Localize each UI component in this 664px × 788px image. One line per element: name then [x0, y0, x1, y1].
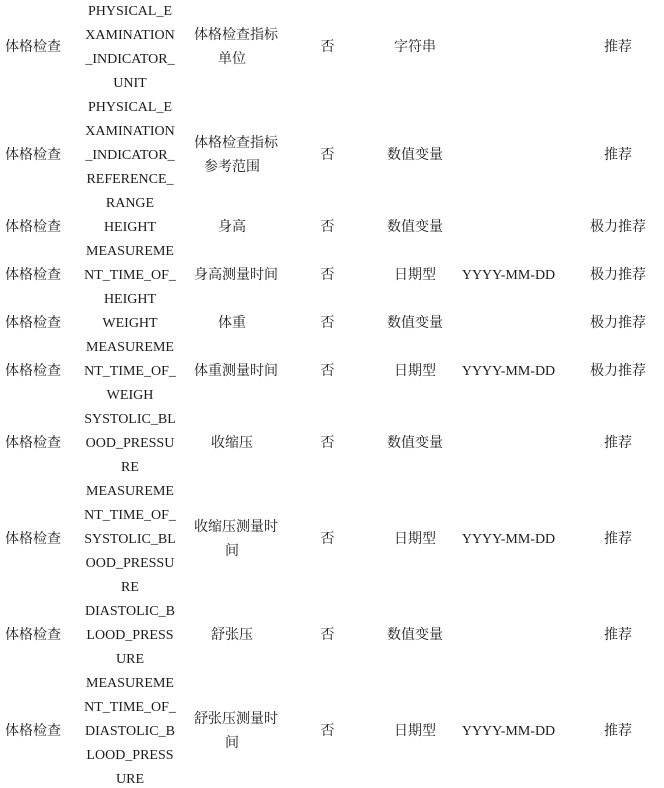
field-definition-table: 体格检查 PHYSICAL_E XAMINATION _INDICATOR_ U… [0, 0, 664, 788]
cell-category: 体格检查 [0, 600, 66, 672]
table-row: 体格检查 HEIGHT 身高 否 数值变量 极力推荐 [0, 216, 664, 240]
cell-description: 舒张压 [194, 600, 270, 672]
cell-field-name: HEIGHT [66, 216, 194, 240]
cell-type: 字符串 [385, 0, 445, 96]
cell-required: 否 [270, 96, 385, 216]
cell-required: 否 [270, 480, 385, 600]
table-row: 体格检查 MEASUREME NT_TIME_OF_ HEIGHT 身高测量时间… [0, 240, 664, 312]
cell-category: 体格检查 [0, 672, 66, 788]
cell-category: 体格检查 [0, 312, 66, 336]
table-row: 体格检查 MEASUREME NT_TIME_OF_ WEIGH 体重测量时间 … [0, 336, 664, 408]
cell-required: 否 [270, 312, 385, 336]
cell-required: 否 [270, 216, 385, 240]
cell-field-name: MEASUREME NT_TIME_OF_ SYSTOLIC_BL OOD_PR… [66, 480, 194, 600]
cell-description: 体格检查指标 参考范围 [194, 96, 270, 216]
cell-format [445, 96, 572, 216]
cell-type: 日期型 [385, 672, 445, 788]
table-row: 体格检查 MEASUREME NT_TIME_OF_ SYSTOLIC_BL O… [0, 480, 664, 600]
cell-format: YYYY-MM-DD [445, 480, 572, 600]
cell-required: 否 [270, 600, 385, 672]
cell-recommendation: 推荐 [572, 672, 664, 788]
cell-field-name: SYSTOLIC_BL OOD_PRESSU RE [66, 408, 194, 480]
cell-description: 舒张压测量时 间 [194, 672, 270, 788]
cell-type: 日期型 [385, 480, 445, 600]
cell-format: YYYY-MM-DD [445, 672, 572, 788]
cell-format [445, 0, 572, 96]
cell-category: 体格检查 [0, 96, 66, 216]
cell-category: 体格检查 [0, 408, 66, 480]
cell-description: 收缩压测量时 间 [194, 480, 270, 600]
cell-required: 否 [270, 672, 385, 788]
cell-type: 数值变量 [385, 408, 445, 480]
cell-category: 体格检查 [0, 336, 66, 408]
cell-category: 体格检查 [0, 240, 66, 312]
cell-recommendation: 极力推荐 [572, 240, 664, 312]
cell-recommendation: 推荐 [572, 0, 664, 96]
table-body: 体格检查 PHYSICAL_E XAMINATION _INDICATOR_ U… [0, 0, 664, 788]
cell-field-name: MEASUREME NT_TIME_OF_ WEIGH [66, 336, 194, 408]
cell-type: 数值变量 [385, 216, 445, 240]
cell-description: 收缩压 [194, 408, 270, 480]
cell-category: 体格检查 [0, 480, 66, 600]
cell-type: 数值变量 [385, 600, 445, 672]
cell-field-name: WEIGHT [66, 312, 194, 336]
table-row: 体格检查 PHYSICAL_E XAMINATION _INDICATOR_ U… [0, 0, 664, 96]
cell-format [445, 312, 572, 336]
cell-recommendation: 极力推荐 [572, 216, 664, 240]
document-page: 体格检查 PHYSICAL_E XAMINATION _INDICATOR_ U… [0, 0, 664, 788]
cell-required: 否 [270, 336, 385, 408]
cell-category: 体格检查 [0, 216, 66, 240]
table-row: 体格检查 WEIGHT 体重 否 数值变量 极力推荐 [0, 312, 664, 336]
cell-recommendation: 推荐 [572, 480, 664, 600]
cell-recommendation: 极力推荐 [572, 336, 664, 408]
cell-description: 体重测量时间 [194, 336, 270, 408]
cell-format [445, 216, 572, 240]
cell-recommendation: 推荐 [572, 600, 664, 672]
cell-type: 日期型 [385, 336, 445, 408]
cell-field-name: MEASUREME NT_TIME_OF_ HEIGHT [66, 240, 194, 312]
cell-required: 否 [270, 0, 385, 96]
cell-field-name: MEASUREME NT_TIME_OF_ DIASTOLIC_B LOOD_P… [66, 672, 194, 788]
cell-format: YYYY-MM-DD [445, 240, 572, 312]
cell-recommendation: 推荐 [572, 408, 664, 480]
cell-required: 否 [270, 240, 385, 312]
cell-field-name: PHYSICAL_E XAMINATION _INDICATOR_ UNIT [66, 0, 194, 96]
table-row: 体格检查 SYSTOLIC_BL OOD_PRESSU RE 收缩压 否 数值变… [0, 408, 664, 480]
cell-field-name: DIASTOLIC_B LOOD_PRESS URE [66, 600, 194, 672]
table-row: 体格检查 MEASUREME NT_TIME_OF_ DIASTOLIC_B L… [0, 672, 664, 788]
cell-type: 数值变量 [385, 312, 445, 336]
cell-description: 体格检查指标 单位 [194, 0, 270, 96]
cell-required: 否 [270, 408, 385, 480]
cell-recommendation: 推荐 [572, 96, 664, 216]
cell-description: 体重 [194, 312, 270, 336]
cell-format [445, 600, 572, 672]
cell-description: 身高测量时间 [194, 240, 270, 312]
table-row: 体格检查 DIASTOLIC_B LOOD_PRESS URE 舒张压 否 数值… [0, 600, 664, 672]
cell-format: YYYY-MM-DD [445, 336, 572, 408]
cell-category: 体格检查 [0, 0, 66, 96]
table-row: 体格检查 PHYSICAL_E XAMINATION _INDICATOR_ R… [0, 96, 664, 216]
cell-type: 日期型 [385, 240, 445, 312]
cell-type: 数值变量 [385, 96, 445, 216]
cell-field-name: PHYSICAL_E XAMINATION _INDICATOR_ REFERE… [66, 96, 194, 216]
cell-recommendation: 极力推荐 [572, 312, 664, 336]
cell-description: 身高 [194, 216, 270, 240]
cell-format [445, 408, 572, 480]
